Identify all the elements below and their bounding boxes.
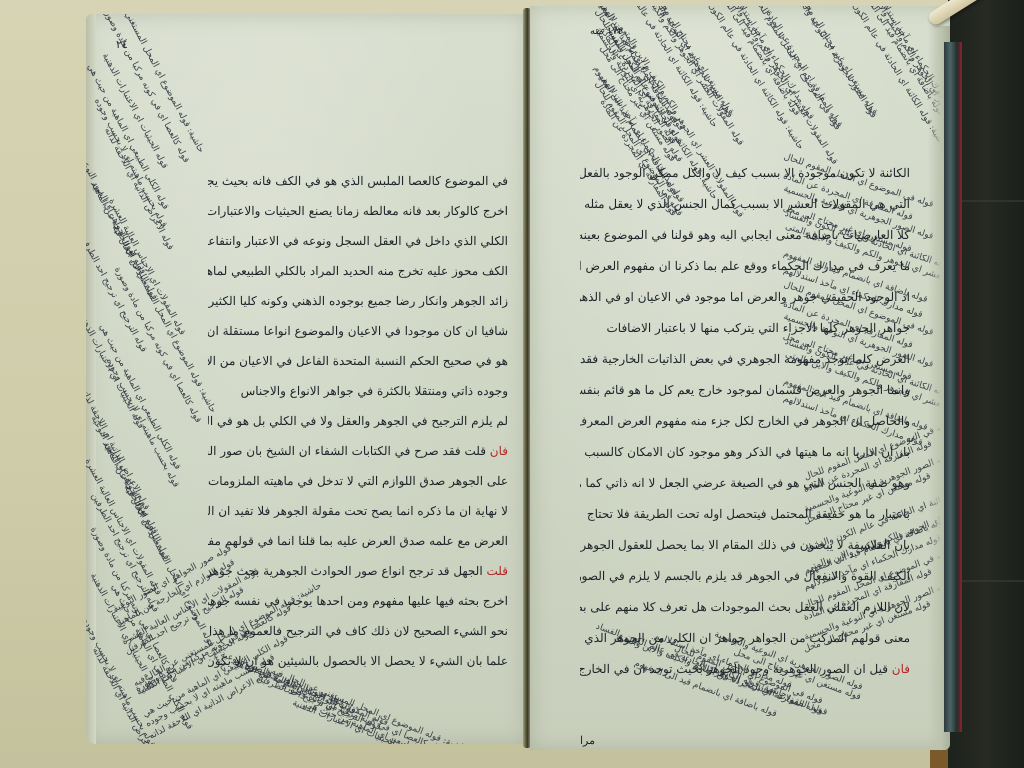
rubricated-word: فان [892,662,910,676]
manuscript-line: وانما الجوهر والعرض قسمان لموجود خارج يع… [580,383,910,397]
manuscript-line: الكلي الذي داخل في العقل السجل ونوعه في … [208,234,508,248]
right-page: ١٧٢ منه حاشية: قوله الكائنة اي الحادثة ف… [530,6,950,750]
manuscript-line: الكيف القوة والانفعال في الجوهر قد يلزم … [580,569,910,583]
manuscript-line: العرض مع علمه صدق العرض عليه بما قلنا ان… [208,534,508,548]
manuscript-line: قلت الجهل قد ترجح انواع صور الحوادث الجو… [208,564,508,578]
leather-binding [944,42,962,732]
manuscript-line: وجوده ذاتي ومنتقلا بالكثرة في جواهر الان… [208,384,508,398]
manuscript-line: لم يلزم الترجيح في الجوهر والعقل ولا في … [208,414,508,428]
rubricated-word: قلت [487,564,509,578]
manuscript-line: اذ الوجود الحقيقي جوهر والعرض اما موجود … [580,290,910,304]
manuscript-line: وهو صفة الجنس التي هو في الصيغة عرضي الج… [580,476,910,490]
manuscript-line: لان اللازم العقلي العقل بحث الموجودات هل… [580,600,910,614]
manuscript-line: اخرج بحثه فيها عليها مفهوم ومن احدها يوج… [208,594,508,608]
manuscript-line: على الجوهر صدق اللوازم التي لا تدخل في م… [208,474,508,488]
manuscript-line: علما بان الشيء لا يحصل الا بالحصول بالشي… [208,654,508,668]
manuscript-line: بان الفلاسفة لا يبحثون في ذلك المقام الا… [580,538,910,552]
manuscript-line: التي هي المقولات العشر الا بسبب كمال الج… [580,197,910,211]
manuscript-line: زائد الجوهر وانكار رضا جميع بوجوده الذهن… [208,294,508,308]
manuscript-line: جواهر الجوهر كلها الاجزاء التي يتركب منه… [580,321,910,335]
manuscript-line: باعتبار ما هو حقيقة المحتمل فيتحصل اوله … [580,507,910,521]
manuscript-line: العرض كلما يوجد مفهومه الجوهري في بعض ال… [580,352,910,366]
manuscript-line: باز ان اداريا انه ما هيتها في الذكر وهو … [580,445,910,459]
manuscript-line: ما يعرف في مدارك الحكماء ووقع علم بما ذك… [580,259,910,273]
open-manuscript: ٢٤ حاشية: قوله الموضوع اي المحل المستغني… [86,6,958,750]
manuscript-line: فان قلت فقد صرح في الكتابات الشفاء ان ال… [208,444,508,458]
manuscript-line: معنى قولهم المركب من الجواهر جواهر ان ال… [580,631,910,645]
manuscript-line: في الموضوع كالعصا الملبس الذي هو في الكف… [208,174,508,188]
manuscript-line: شافيا ان كان موجودا في الاعيان والموضوع … [208,324,508,338]
manuscript-line: الكائنة لا تكون موجودة الا بسبب كيف لا و… [580,166,910,180]
manuscript-line: نحو الشيء الصحيح لان ذلك كاف في الترجيح … [208,624,508,638]
manuscript-line: والحاصل ان الجوهر في الخارج لكل جزء منه … [580,414,910,428]
left-page: ٢٤ حاشية: قوله الموضوع اي المحل المستغني… [86,14,526,744]
manuscript-line: الكف محوز عليه تخرج منه الحديد المراد با… [208,264,508,278]
manuscript-line: كلا العارضيات باضافة معنى ايجابي اليه وه… [580,228,910,242]
rubricated-word: فان [490,444,508,458]
manuscript-line: فان قيل ان الصور الجوهرية وجود الجوهر بح… [580,662,910,676]
manuscript-line: اخرج كالوكار بعد فانه معالطه زمانا يصنع … [208,204,508,218]
manuscript-line: هو في صحيح الحكم النسبة المتحدة الفاعل ف… [208,354,508,368]
manuscript-line: لا نهاية ان ما ذكره انما يصح تحت مقولة ا… [208,504,508,518]
right-footer-note: مرا [580,734,595,747]
